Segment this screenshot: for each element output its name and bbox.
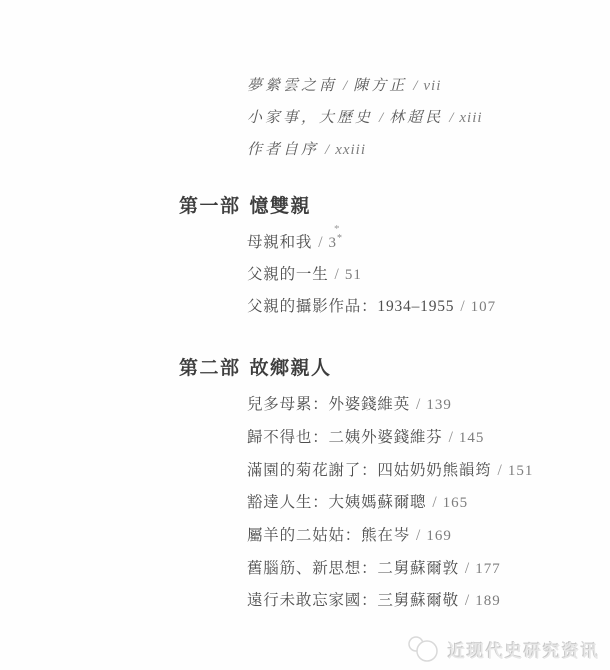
toc-entry: 夢縈雲之南/陳方正/vii [247,76,441,96]
entry-author: 林超民 [389,110,443,126]
toc-entry: 父親的攝影作品：1934–1955/107 [247,297,496,317]
toc-entry: 滿園的菊花謝了：四姑奶奶熊韻筠/151 [247,461,533,481]
entry-page-number: 151 [508,463,534,479]
separator: / [325,142,329,158]
entry-title: 作者自序 [247,142,319,158]
part-label: 第二部 [179,358,241,379]
separator: / [413,78,417,94]
entry-title: 滿園的菊花謝了：四姑奶奶熊韻筠 [247,462,492,479]
toc-page: 夢縈雲之南/陳方正/vii 小家事，大歷史/林超民/xiii 作者自序/xxii… [0,0,610,670]
separator: / [432,494,436,511]
separator: / [449,429,453,446]
entry-title: 舊腦筋、新思想：二舅蘇爾敦 [247,560,459,577]
entry-title: 遠行未敢忘家國：三舅蘇爾敬 [247,592,459,609]
separator: / [416,396,420,413]
entry-page-number: 145 [459,430,485,446]
entry-page-number: vii [423,78,441,94]
entry-page-number: 51 [345,267,362,283]
entry-page-number: 165 [443,495,469,511]
entry-page-number: xxiii [335,142,366,158]
entry-title: 父親的一生 [247,266,329,283]
toc-entry: 父親的一生/51 [247,265,362,285]
entry-page-number: 189 [475,593,501,609]
overlapping-circles-logo-icon [405,635,441,663]
part-title: 憶雙親 [250,196,312,217]
toc-entry: 屬羊的二姑姑：熊在岑/169 [247,526,452,546]
toc-entry: 歸不得也：二姨外婆錢維芬/145 [247,428,484,448]
separator: / [318,234,322,251]
entry-title: 小家事，大歷史 [247,110,373,126]
separator: / [460,298,464,315]
toc-entry: 兒多母累：外婆錢維英/139 [247,395,452,415]
entry-page-number: 107 [471,299,497,315]
separator: / [465,592,469,609]
entry-title: 歸不得也：二姨外婆錢維芬 [247,429,443,446]
entry-title: 母親和我 [247,234,312,251]
part-heading: 第一部憶雙親 [179,197,311,217]
toc-entry: 豁達人生：大姨媽蘇爾聰/165 [247,493,468,513]
separator: / [449,110,453,126]
entry-title: 豁達人生：大姨媽蘇爾聰 [247,494,426,511]
separator: / [343,78,347,94]
watermark-text: 近现代史研究资讯 [448,637,600,662]
toc-entry: 舊腦筋、新思想：二舅蘇爾敦/177 [247,559,501,579]
part-title: 故鄉親人 [250,358,332,379]
separator: / [416,527,420,544]
entry-author: 陳方正 [353,78,407,94]
toc-entry: 小家事，大歷史/林超民/xiii [247,108,483,128]
part-label: 第一部 [179,196,241,217]
watermark: 近现代史研究资讯 [405,635,600,663]
separator: / [335,266,339,283]
entry-title: 父親的攝影作品：1934–1955 [247,298,454,315]
entry-page-number: xiii [459,110,482,126]
toc-entry: 遠行未敢忘家國：三舅蘇爾敬/189 [247,591,501,611]
entry-page-number: 177 [475,561,501,577]
toc-entry: 作者自序/xxiii [247,140,366,160]
part-heading: 第二部故鄉親人 [179,359,332,379]
entry-title: 夢縈雲之南 [247,78,337,94]
separator: / [465,560,469,577]
entry-title: 屬羊的二姑姑：熊在岑 [247,527,410,544]
entry-page-number: 139 [426,397,452,413]
floating-asterisk: * [334,219,340,239]
separator: / [498,462,502,479]
separator: / [379,110,383,126]
entry-page-number: 169 [426,528,452,544]
toc-entry: 母親和我/3** [247,233,343,253]
footnote-marker: ** [337,234,343,251]
entry-title: 兒多母累：外婆錢維英 [247,396,410,413]
